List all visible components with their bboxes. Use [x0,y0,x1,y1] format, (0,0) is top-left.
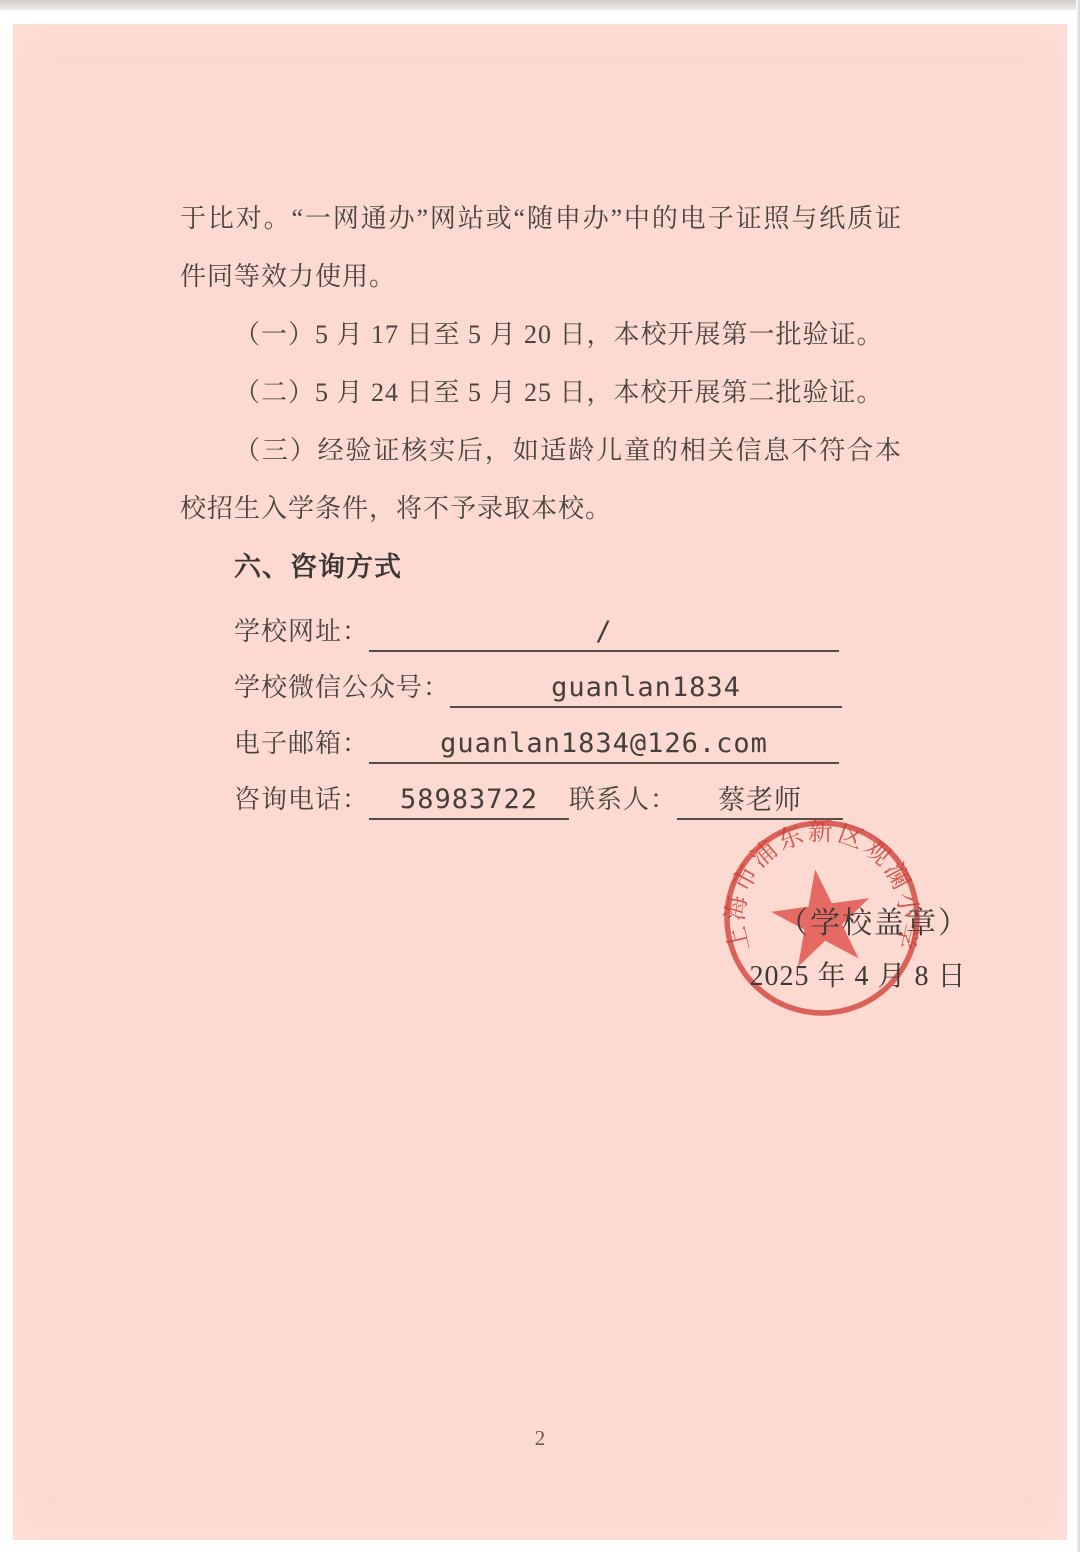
document-page: 于比对。“一网通办”网站或“随申办”中的电子证照与纸质证件同等效力使用。 （一）… [13,24,1067,1540]
form-row-email: 电子邮箱： guanlan1834@126.com [234,708,902,764]
signature-date: 2025 年 4 月 8 日 [713,954,1003,994]
form-row-wechat: 学校微信公众号： guanlan1834 [234,652,902,708]
item-verification-note: （三）经验证核实后，如适龄儿童的相关信息不符合本校招生入学条件，将不予录取本校。 [180,422,902,538]
page-number: 2 [13,1426,1067,1451]
website-label: 学校网址： [234,612,369,652]
item-second-batch: （二）5 月 24 日至 5 月 25 日，本校开展第二批验证。 [180,364,902,422]
email-value-blank: guanlan1834@126.com [369,724,839,764]
form-row-website: 学校网址： / [234,596,902,652]
website-value-blank: / [369,612,839,652]
form-row-phone-contact: 咨询电话： 58983722 联系人： 蔡老师 [234,764,902,820]
phone-label: 咨询电话： [234,780,369,820]
email-label: 电子邮箱： [234,724,369,764]
continuation-paragraph: 于比对。“一网通办”网站或“随申办”中的电子证照与纸质证件同等效力使用。 [180,190,902,306]
phone-value-blank: 58983722 [369,780,569,820]
section-heading-consultation: 六、咨询方式 [180,538,902,596]
scan-edge-top [0,0,1080,10]
scan-edge-right [1076,0,1080,1552]
document-body: 于比对。“一网通办”网站或“随申办”中的电子证照与纸质证件同等效力使用。 （一）… [180,190,902,820]
item-first-batch: （一）5 月 17 日至 5 月 20 日，本校开展第一批验证。 [180,306,902,364]
contact-person-label: 联系人： [569,780,677,820]
stamp-caption: （学校盖章） [759,898,989,942]
wechat-value-blank: guanlan1834 [450,668,842,708]
contact-person-value-blank: 蔡老师 [677,780,843,820]
wechat-label: 学校微信公众号： [234,668,450,708]
